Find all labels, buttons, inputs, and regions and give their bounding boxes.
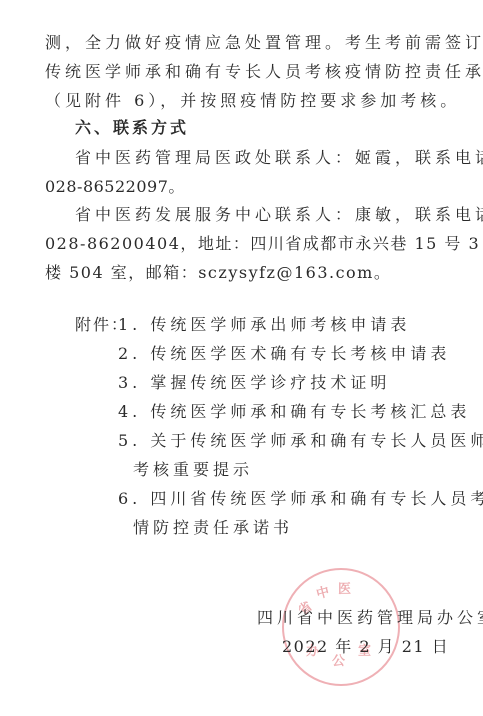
body-line: 测，全力做好疫情应急处置管理。考生考前需签订《四川省: [45, 33, 483, 53]
attachment-item: 2. 传统医学医术确有专长考核申请表: [118, 344, 450, 364]
attachment-item: 1. 传统医学师承出师考核申请表: [118, 315, 410, 335]
section-heading: 六、联系方式: [75, 118, 189, 138]
attachment-item-continued: 考核重要提示: [133, 460, 253, 480]
contact-line: 省中医药发展服务中心联系人：康敏，联系电话：: [75, 205, 483, 225]
attachment-item: 4. 传统医学师承和确有专长考核汇总表: [118, 402, 470, 422]
contact-phone: 028-86522097。: [45, 177, 185, 197]
stamp-text: 中: [314, 581, 331, 603]
attachment-item-continued: 情防控责任承诺书: [133, 518, 293, 538]
issuer-name: 四川省中医药管理局办公室: [257, 608, 483, 628]
attachment-item: 3. 掌握传统医学诊疗技术证明: [118, 373, 390, 393]
body-line: （见附件 6），并按照疫情防控要求参加考核。: [45, 91, 460, 111]
stamp-text: 医: [338, 578, 351, 597]
issue-date: 2022 年 2 月 21 日: [282, 637, 449, 657]
attachment-item: 5. 关于传统医学师承和确有专长人员医师资格: [118, 431, 483, 451]
attachment-item: 6. 四川省传统医学师承和确有专长人员考核疫: [118, 489, 483, 509]
body-line: 传统医学师承和确有专长人员考核疫情防控责任承诺书》: [45, 62, 483, 82]
contact-email: 楼 504 室，邮箱：sczysyfz@163.com。: [45, 263, 391, 283]
contact-line: 省中医药管理局医政处联系人：姬霞，联系电话: [75, 148, 483, 168]
contact-address: 028-86200404，地址：四川省成都市永兴巷 15 号 3 号楼 5: [45, 234, 483, 254]
